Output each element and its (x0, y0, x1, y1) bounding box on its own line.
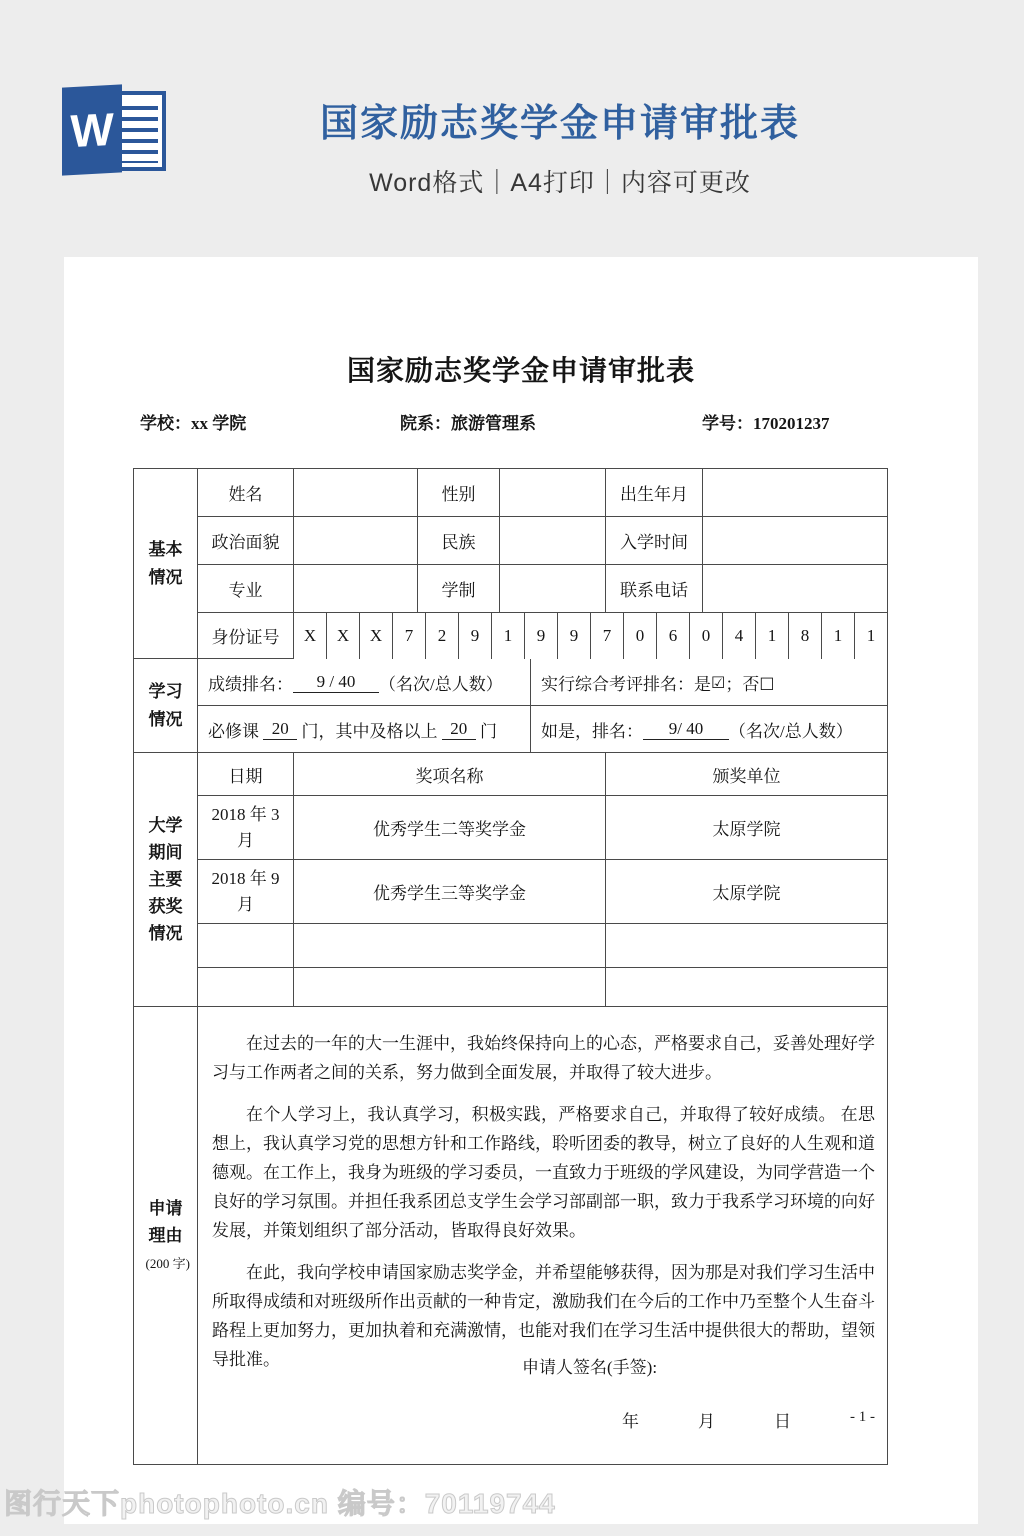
section-label-study: 学习情况 (134, 659, 198, 753)
id-digit: 4 (723, 613, 756, 659)
course-label: 必修课 (208, 717, 259, 742)
section-awards: 大学期间主要获奖情况 日期 奖项名称 颁奖单位 2018 年 3 月 优秀学生二… (134, 753, 887, 1007)
checkbox-yes-checked: ☑ (711, 673, 725, 692)
id-digit: 0 (690, 613, 723, 659)
id-digit: 2 (426, 613, 459, 659)
field-label: 姓名 (198, 469, 294, 517)
award-name (294, 924, 606, 968)
id-digit: 1 (492, 613, 525, 659)
rank-cell: 成绩排名： 9 / 40 （名次/总人数） (198, 659, 531, 706)
id-digit: 6 (657, 613, 690, 659)
awards-header-row: 日期 奖项名称 颁奖单位 (198, 753, 887, 796)
award-row-empty (198, 968, 887, 1007)
id-digit: 1 (756, 613, 789, 659)
field-value-empty (703, 469, 887, 517)
section-label-awards: 大学期间主要获奖情况 (134, 753, 198, 1007)
reason-paragraph: 在个人学习上，我认真学习，积极实践，严格要求自己，并取得了较好成绩。 在思想上，… (212, 1100, 875, 1245)
reason-label: 申请理由 (149, 1199, 183, 1245)
section-label-basic: 基本情况 (134, 469, 198, 659)
field-value-empty (703, 517, 887, 565)
form-meta-line: 学校：xx 学院 院系：旅游管理系 学号：170201237 (64, 409, 978, 433)
course-pass-count: 20 (442, 719, 476, 740)
field-label: 性别 (418, 469, 500, 517)
id-digit: 0 (624, 613, 657, 659)
id-digit: 1 (855, 613, 887, 659)
field-label: 入学时间 (606, 517, 703, 565)
award-org (606, 924, 887, 968)
ifyes-suffix: （名次/总人数） (729, 717, 853, 742)
table-row: 姓名 性别 出生年月 (198, 469, 887, 517)
reason-text-cell: 在过去的一年的大一生涯中，我始终保持向上的心态，严格要求自己，妥善处理好学习与工… (198, 1007, 887, 1464)
comprehensive-eval-cell: 实行综合考评排名：是 ☑ ；否 □ (531, 659, 887, 706)
id-digit: X (360, 613, 393, 659)
id-number-row: 身份证号 X X X 7 2 9 1 9 9 7 0 (198, 613, 887, 659)
column-header-date: 日期 (198, 753, 294, 796)
award-name: 优秀学生二等奖学金 (294, 796, 606, 860)
word-letter: W (62, 84, 122, 175)
column-header-org: 颁奖单位 (606, 753, 887, 796)
banner-subtitle: Word格式｜A4打印｜内容可更改 (225, 163, 895, 199)
signature-date-line: 年 月 日 (622, 1407, 793, 1436)
section-basic-info: 基本情况 姓名 性别 出生年月 政治面貌 民族 (134, 469, 887, 659)
banner-title: 国家励志奖学金申请审批表 (225, 92, 895, 147)
field-label: 联系电话 (606, 565, 703, 613)
field-value-empty (294, 565, 418, 613)
award-date (198, 968, 294, 1007)
course-suffix: 门 (480, 717, 497, 742)
column-header-name: 奖项名称 (294, 753, 606, 796)
id-digit: X (294, 613, 327, 659)
id-digit: 9 (459, 613, 492, 659)
department-field: 院系：旅游管理系 (400, 409, 536, 434)
school-field: 学校：xx 学院 (140, 409, 246, 434)
field-label: 学制 (418, 565, 500, 613)
rank-label: 成绩排名： (208, 670, 293, 695)
id-digit: 7 (591, 613, 624, 659)
id-digit: 1 (822, 613, 855, 659)
award-org: 太原学院 (606, 860, 887, 924)
section-study-info: 学习情况 成绩排名： 9 / 40 （名次/总人数） 实行综合考评排名：是 ☑ … (134, 659, 887, 753)
field-value-empty (500, 469, 606, 517)
rank-value: 9 / 40 (293, 672, 379, 693)
screenshot-root: W 国家励志奖学金申请审批表 Word格式｜A4打印｜内容可更改 国家励志奖学金… (0, 0, 1024, 1536)
award-org: 太原学院 (606, 796, 887, 860)
reason-paragraph: 在过去的一年的大一生涯中，我始终保持向上的心态，严格要求自己，妥善处理好学习与工… (212, 1029, 875, 1087)
required-courses-cell: 必修课 20 门，其中及格以上 20 门 (198, 706, 531, 753)
table-row: 必修课 20 门，其中及格以上 20 门 如是，排名： 9/ 40 （名次/总人… (198, 706, 887, 753)
ifyes-label: 如是，排名： (541, 717, 643, 742)
student-id-field: 学号：170201237 (702, 409, 830, 434)
word-icon: W (62, 83, 170, 179)
applicant-signature-label: 申请人签名(手签): (522, 1353, 657, 1382)
application-form-table: 基本情况 姓名 性别 出生年月 政治面貌 民族 (133, 468, 888, 1465)
watermark-text: 图行天下photophoto.cn 编号：70119744 (4, 1482, 556, 1522)
field-value-empty (500, 565, 606, 613)
course-mid-label: 门，其中及格以上 (302, 717, 438, 742)
field-value-empty (500, 517, 606, 565)
award-name (294, 968, 606, 1007)
table-row: 成绩排名： 9 / 40 （名次/总人数） 实行综合考评排名：是 ☑ ；否 □ (198, 659, 887, 706)
id-digit: 9 (525, 613, 558, 659)
section-reason: 申请理由 (200 字) 在过去的一年的大一生涯中，我始终保持向上的心态，严格要… (134, 1007, 887, 1464)
field-value-empty (703, 565, 887, 613)
page-number: - 1 - (850, 1409, 960, 1426)
banner: 国家励志奖学金申请审批表 Word格式｜A4打印｜内容可更改 (225, 92, 895, 199)
award-name: 优秀学生三等奖学金 (294, 860, 606, 924)
award-date (198, 924, 294, 968)
award-org (606, 968, 887, 1007)
checkbox-no-unchecked: □ (759, 673, 774, 692)
id-digit-cells: X X X 7 2 9 1 9 9 7 0 6 0 (294, 613, 887, 659)
id-digit: 9 (558, 613, 591, 659)
award-row: 2018 年 3 月 优秀学生二等奖学金 太原学院 (198, 796, 887, 860)
ifyes-rank-cell: 如是，排名： 9/ 40 （名次/总人数） (531, 706, 887, 753)
award-date: 2018 年 9 月 (198, 860, 294, 924)
id-digit: 7 (393, 613, 426, 659)
award-row-empty (198, 924, 887, 968)
section-label-reason: 申请理由 (200 字) (134, 1007, 198, 1464)
field-label: 民族 (418, 517, 500, 565)
table-row: 政治面貌 民族 入学时间 (198, 517, 887, 565)
bottom-strip (0, 1524, 1024, 1536)
reason-sublabel: (200 字) (146, 1256, 190, 1271)
field-label: 专业 (198, 565, 294, 613)
ifyes-value: 9/ 40 (643, 719, 729, 740)
field-label-id: 身份证号 (198, 613, 294, 659)
table-row: 专业 学制 联系电话 (198, 565, 887, 613)
field-label: 政治面貌 (198, 517, 294, 565)
id-digit: X (327, 613, 360, 659)
rank-suffix: （名次/总人数） (379, 670, 503, 695)
award-date: 2018 年 3 月 (198, 796, 294, 860)
field-value-empty (294, 517, 418, 565)
eval-mid-label: ；否 (725, 670, 759, 695)
document-page: 国家励志奖学金申请审批表 学校：xx 学院 院系：旅游管理系 学号：170201… (64, 257, 978, 1524)
field-value-empty (294, 469, 418, 517)
course-count: 20 (263, 719, 297, 740)
id-digit: 8 (789, 613, 822, 659)
form-title: 国家励志奖学金申请审批表 (64, 349, 978, 389)
award-row: 2018 年 9 月 优秀学生三等奖学金 太原学院 (198, 860, 887, 924)
eval-label: 实行综合考评排名：是 (541, 670, 711, 695)
field-label: 出生年月 (606, 469, 703, 517)
